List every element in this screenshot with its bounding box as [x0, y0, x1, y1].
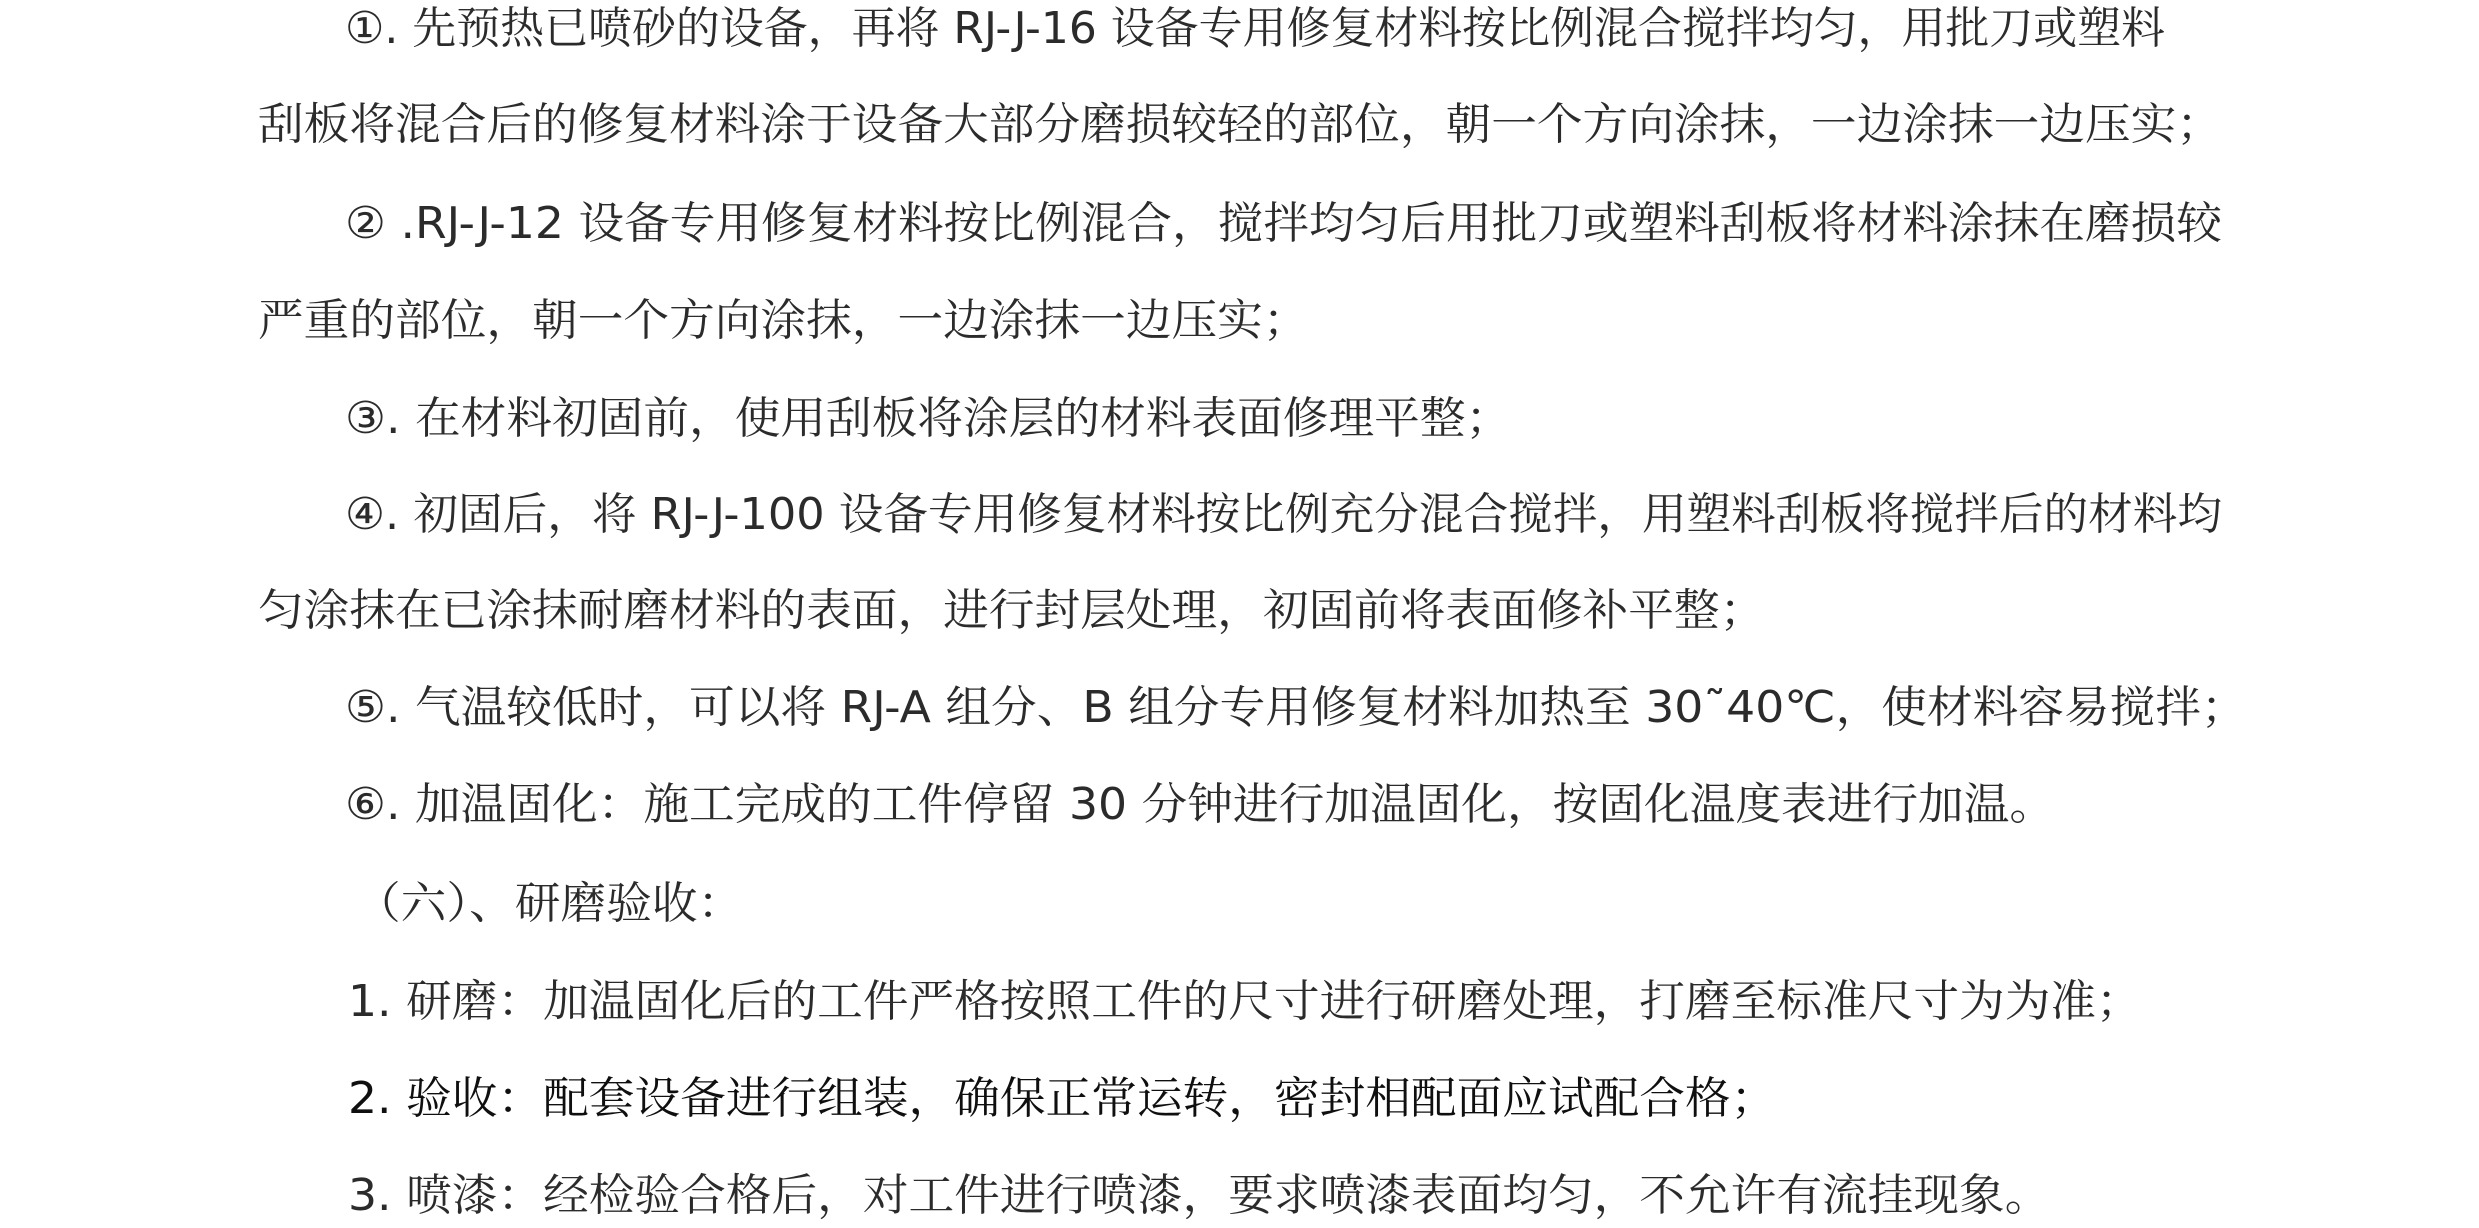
acceptance-item-1: 1. 研磨：加温固化后的工件严格按照工件的尺寸进行研磨处理，打磨至标准尺寸为为准… — [348, 977, 2142, 1027]
step-6-line-1: ⑥. 加温固化：施工完成的工件停留 30 分钟进行加温固化，按固化温度表进行加温… — [345, 780, 2055, 830]
step-3-line-1: ③. 在材料初固前，使用刮板将涂层的材料表面修理平整； — [345, 394, 1511, 444]
step-1-line-1: ①. 先预热已喷砂的设备，再将 RJ-J-16 设备专用修复材料按比例混合搅拌均… — [345, 4, 2222, 54]
step-4-line-2: 匀涂抹在已涂抹耐磨材料的表面，进行封层处理，初固前将表面修补平整； — [258, 586, 1765, 636]
step-5-line-1: ⑤. 气温较低时，可以将 RJ-A 组分、B 组分专用修复材料加热至 30˜40… — [345, 683, 2247, 733]
step-4-line-1: ④. 初固后，将 RJ-J-100 设备专用修复材料按比例充分混合搅拌，用塑料刮… — [345, 490, 2222, 540]
acceptance-item-3: 3. 喷漆：经检验合格后，对工件进行喷漆，要求喷漆表面均匀，不允许有流挂现象。 — [348, 1171, 2050, 1221]
step-2-line-1: ② .RJ-J-12 设备专用修复材料按比例混合，搅拌均匀后用批刀或塑料刮板将材… — [345, 199, 2222, 249]
section-heading: （六）、研磨验收： — [355, 879, 743, 929]
acceptance-item-2: 2. 验收：配套设备进行组装，确保正常运转，密封相配面应试配合格； — [348, 1074, 1776, 1124]
step-2-line-2: 严重的部位，朝一个方向涂抹，一边涂抹一边压实； — [258, 296, 1309, 346]
document-page: ①. 先预热已喷砂的设备，再将 RJ-J-16 设备专用修复材料按比例混合搅拌均… — [0, 0, 2479, 1228]
step-1-line-2: 刮板将混合后的修复材料涂于设备大部分磨损较轻的部位，朝一个方向涂抹，一边涂抹一边… — [258, 100, 2222, 150]
